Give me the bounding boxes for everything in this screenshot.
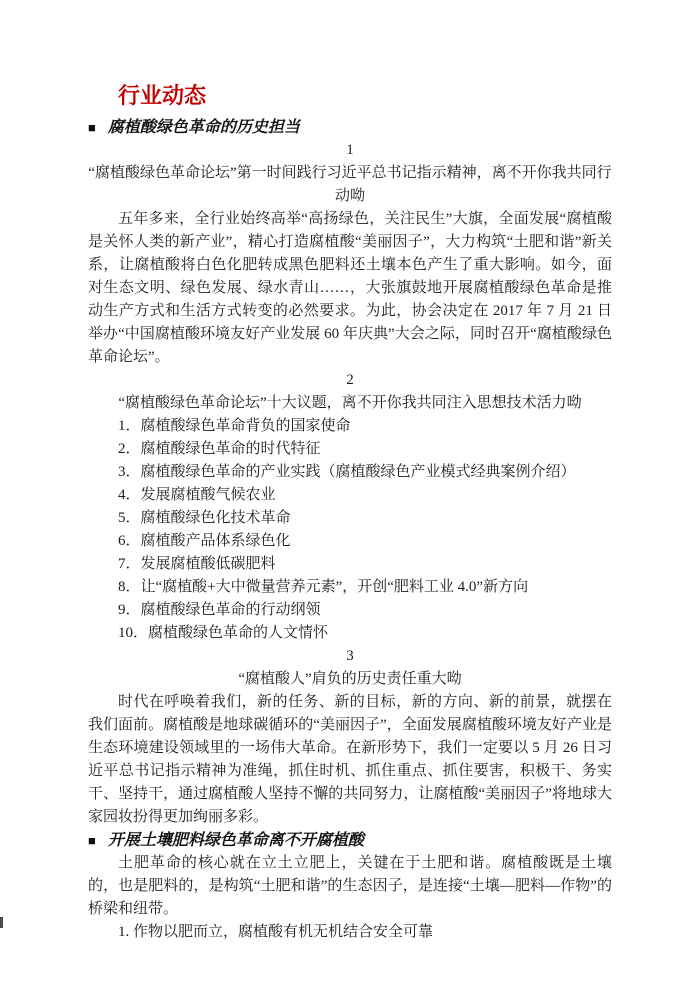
section-heading-1: ■ 腐植酸绿色革命的历史担当 [88, 116, 612, 139]
list-item: 1. 作物以肥而立，腐植酸有机无机结合安全可靠 [88, 921, 612, 944]
square-bullet-icon: ■ [88, 116, 96, 139]
section-heading-text: 开展土壤肥料绿色革命离不开腐植酸 [108, 829, 364, 852]
list-item: 2．腐植酸绿色革命的时代特征 [118, 438, 612, 461]
topic-list: 1．腐植酸绿色革命背负的国家使命 2．腐植酸绿色革命的时代特征 3．腐植酸绿色革… [88, 415, 612, 645]
paragraph: 时代在呼唤着我们，新的任务、新的目标，新的方向、新的前景，就摆在我们面前。腐植酸… [88, 691, 612, 829]
part-number-1: 1 [88, 139, 612, 162]
page-edge-artifact [0, 917, 3, 928]
list-item: 7．发展腐植酸低碳肥料 [118, 553, 612, 576]
list-item: 6．腐植酸产品体系绿色化 [118, 530, 612, 553]
paragraph: 五年多来，全行业始终高举“高扬绿色，关注民生”大旗，全面发展“腐植酸是关怀人类的… [88, 208, 612, 369]
list-item: 3．腐植酸绿色革命的产业实践（腐植酸绿色产业模式经典案例介绍） [118, 461, 612, 484]
part-number-3: 3 [88, 645, 612, 668]
section-heading-2: ■ 开展土壤肥料绿色革命离不开腐植酸 [88, 829, 612, 852]
list-item: 1．腐植酸绿色革命背负的国家使命 [118, 415, 612, 438]
part-number-2: 2 [88, 369, 612, 392]
list-item: 5．腐植酸绿色化技术革命 [118, 507, 612, 530]
list-item: 8．让“腐植酸+大中微量营养元素”，开创“肥料工业 4.0”新方向 [118, 576, 612, 599]
document-page: 行业动态 ■ 腐植酸绿色革命的历史担当 1 “腐植酸绿色革命论坛”第一时间践行习… [0, 0, 699, 990]
part-subtitle-3: “腐植酸人”肩负的历史责任重大呦 [88, 668, 612, 691]
list-item: 10．腐植酸绿色革命的人文情怀 [118, 622, 612, 645]
category-title: 行业动态 [118, 82, 612, 110]
section-heading-text: 腐植酸绿色革命的历史担当 [108, 116, 300, 139]
square-bullet-icon: ■ [88, 829, 96, 852]
part-subtitle-2: “腐植酸绿色革命论坛”十大议题，离不开你我共同注入思想技术活力呦 [88, 392, 612, 415]
part-subtitle-1: “腐植酸绿色革命论坛”第一时间践行习近平总书记指示精神，离不开你我共同行动呦 [88, 162, 612, 208]
list-item: 4．发展腐植酸气候农业 [118, 484, 612, 507]
list-item: 9．腐植酸绿色革命的行动纲领 [118, 599, 612, 622]
paragraph: 土肥革命的核心就在立土立肥上，关键在于土肥和谐。腐植酸既是土壤的，也是肥料的，是… [88, 852, 612, 921]
